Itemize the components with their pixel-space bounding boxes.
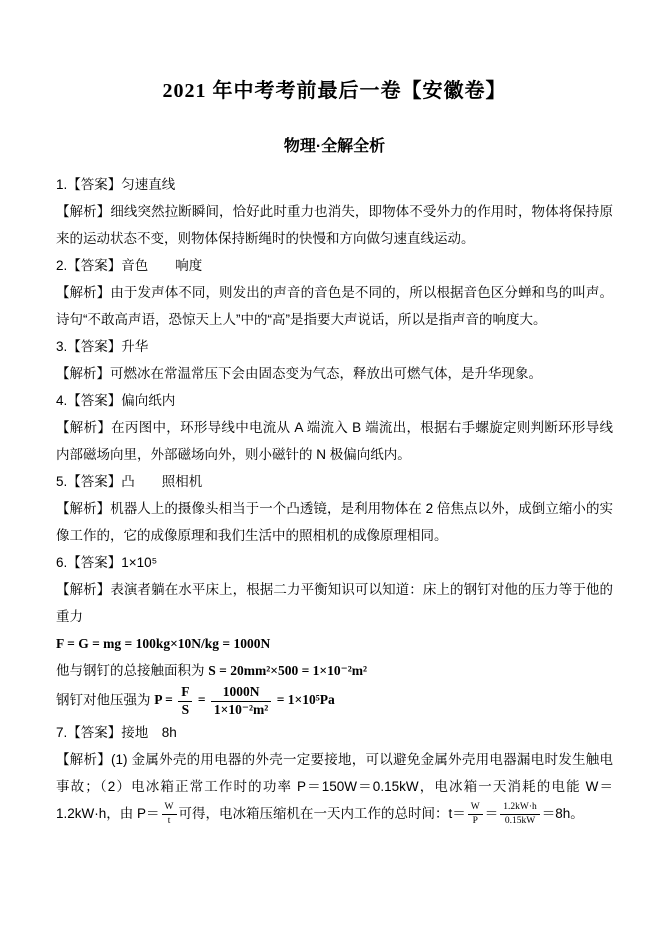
q2-analysis: 【解析】由于发声体不同，则发出的声音的音色是不同的，所以根据音色区分蝉和鸟的叫声… xyxy=(56,279,613,333)
fraction-numerator: 1.2kW·h xyxy=(500,801,540,815)
force-equation: F = G = mg = 100kg×10N/kg = 1000N xyxy=(56,636,270,651)
q4-answer: 4.【答案】偏向纸内 xyxy=(56,387,613,414)
pressure-eq-equals: = xyxy=(194,692,208,707)
pressure-equation: P = FS = 1000N1×10⁻²m² = 1×10⁵Pa xyxy=(154,692,335,707)
fraction-1000N-over-area: 1000N1×10⁻²m² xyxy=(211,684,271,719)
fraction-numerator: 1000N xyxy=(211,684,271,702)
q6-analysis: 【解析】表演者躺在水平床上，根据二力平衡知识可以知道：床上的钢钉对他的压力等于他… xyxy=(56,576,613,630)
q7-analysis-part3: ＝8h。 xyxy=(542,806,584,821)
q2-answer: 2.【答案】音色 响度 xyxy=(56,252,613,279)
q7-analysis: 【解析】(1) 金属外壳的用电器的外壳一定要接地，可以避免金属外壳用电器漏电时发… xyxy=(56,746,613,828)
pressure-prefix-text: 钢钉对他压强为 xyxy=(56,692,154,707)
q7-equals: ＝ xyxy=(485,806,499,821)
fraction-W-over-P: WP xyxy=(468,801,483,828)
fraction-denominator: S xyxy=(178,702,192,719)
pressure-eq-result: = 1×10⁵Pa xyxy=(273,692,334,707)
q6-answer: 6.【答案】1×10⁵ xyxy=(56,549,613,576)
q6-formula-force: F = G = mg = 100kg×10N/kg = 1000N xyxy=(56,630,613,657)
q3-analysis: 【解析】可燃冰在常温常压下会由固态变为气态，释放出可燃气体，是升华现象。 xyxy=(56,360,613,387)
q7-analysis-part2: 可得，电冰箱压缩机在一天内工作的总时间：t＝ xyxy=(179,806,466,821)
q5-analysis: 【解析】机器人上的摄像头相当于一个凸透镜，是利用物体在 2 倍焦点以外，成倒立缩… xyxy=(56,495,613,549)
q1-answer: 1.【答案】匀速直线 xyxy=(56,171,613,198)
page-subtitle: 物理·全解全析 xyxy=(56,133,613,156)
q4-analysis: 【解析】在丙图中，环形导线中电流从 A 端流入 B 端流出，根据右手螺旋定则判断… xyxy=(56,414,613,468)
fraction-denominator: P xyxy=(468,815,483,828)
area-prefix-text: 他与钢钉的总接触面积为 xyxy=(56,663,208,678)
fraction-numerator: F xyxy=(178,684,192,702)
q6-formula-area: 他与钢钉的总接触面积为 S = 20mm²×500 = 1×10⁻²m² xyxy=(56,657,613,684)
q6-formula-pressure: 钢钉对他压强为 P = FS = 1000N1×10⁻²m² = 1×10⁵Pa xyxy=(56,684,613,719)
fraction-numerator: W xyxy=(162,801,177,815)
document-page: 2021 年中考考前最后一卷【安徽卷】 物理·全解全析 1.【答案】匀速直线 【… xyxy=(0,0,661,935)
pressure-eq-part1: P = xyxy=(154,692,176,707)
fraction-denominator: 1×10⁻²m² xyxy=(211,702,271,719)
fraction-denominator: t xyxy=(162,815,177,828)
fraction-numerator: W xyxy=(468,801,483,815)
q1-analysis: 【解析】细线突然拉断瞬间，恰好此时重力也消失，即物体不受外力的作用时，物体将保持… xyxy=(56,198,613,252)
fraction-denominator: 0.15kW xyxy=(500,815,540,828)
fraction-energy-over-power: 1.2kW·h0.15kW xyxy=(500,801,540,828)
fraction-W-over-t: Wt xyxy=(162,801,177,828)
area-equation: S = 20mm²×500 = 1×10⁻²m² xyxy=(208,663,367,678)
q7-answer: 7.【答案】接地 8h xyxy=(56,719,613,746)
page-title: 2021 年中考考前最后一卷【安徽卷】 xyxy=(56,74,613,103)
q5-answer: 5.【答案】凸 照相机 xyxy=(56,468,613,495)
q3-answer: 3.【答案】升华 xyxy=(56,333,613,360)
fraction-F-over-S: FS xyxy=(178,684,192,719)
